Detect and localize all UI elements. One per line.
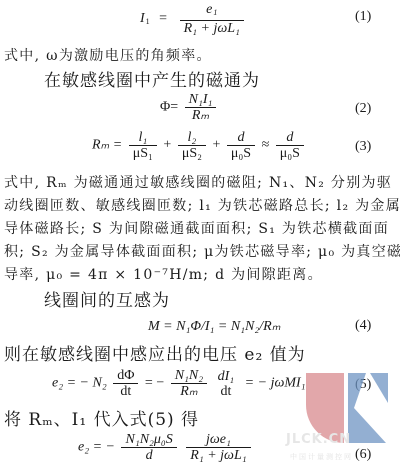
equation-5: e₂ = − N₂ dΦdt = − N₁N₂Rₘ dI₁dt = − jωMI… xyxy=(52,368,306,399)
paragraph-omega-definition: 式中, ω为激励电压的角频率。 xyxy=(4,45,212,65)
equation-number-3: (3) xyxy=(355,139,371,155)
watermark-subtext: 中国计量测控网 xyxy=(290,452,353,462)
equation-1: I1 = e1 R₁ + jωL₁ xyxy=(140,2,247,36)
paragraph-mutual-inductance: 线圈间的互感为 xyxy=(44,286,170,311)
equation-number-6: (6) xyxy=(355,447,371,463)
paragraph-substitute: 将 Rₘ、I₁ 代入式(5) 得 xyxy=(4,405,199,430)
paragraph-definitions-line-4: 积; S₂ 为金属导体截面面积; μ为铁芯磁导率; μ₀ 为真空磁 xyxy=(4,241,400,261)
paragraph-definitions-line-2: 动线圈匝数、敏感线圈匝数; l₁ 为铁芯磁路总长; l₂ 为金属 xyxy=(4,195,400,215)
paragraph-definitions-line-3: 导体磁路长; S 为间隙磁通截面面积; S₁ 为铁芯横截面面 xyxy=(4,218,389,238)
paragraph-magnetic-flux: 在敏感线圈中产生的磁通为 xyxy=(44,66,260,91)
eq1-fraction: e1 R₁ + jωL₁ xyxy=(180,2,244,36)
paragraph-definitions-line-5: 导率, μ₀ = 4π × 10⁻⁷H/m; d 为间隙距离。 xyxy=(4,264,323,284)
eq2-fraction: N₁I₁ Rₘ xyxy=(185,92,217,123)
equation-6: e₂ = − N₁N₂μ₀Sd jωe₁R₁ + jωL₁ xyxy=(78,432,254,463)
watermark-text: JLCK.CN xyxy=(286,432,351,447)
equation-2: Φ= N₁I₁ Rₘ xyxy=(160,92,219,123)
equation-number-1: (1) xyxy=(355,9,371,25)
paragraph-definitions-line-1: 式中, Rₘ 为磁通通过敏感线圈的磁阻; N₁、N₂ 分别为驱 xyxy=(4,172,392,192)
equation-4: M = N₁Φ/I₁ = N₁N₂/Rₘ xyxy=(148,318,280,335)
equation-number-2: (2) xyxy=(355,101,371,117)
paragraph-induced-voltage: 则在敏感线圈中感应出的电压 e₂ 值为 xyxy=(4,340,306,365)
eq1-lhs: I xyxy=(140,11,145,26)
equation-3: Rₘ = l₁μS₁ + l₂μS₂ + dμ₀S ≈ dμ₀S xyxy=(92,130,307,161)
equation-number-4: (4) xyxy=(355,318,371,334)
